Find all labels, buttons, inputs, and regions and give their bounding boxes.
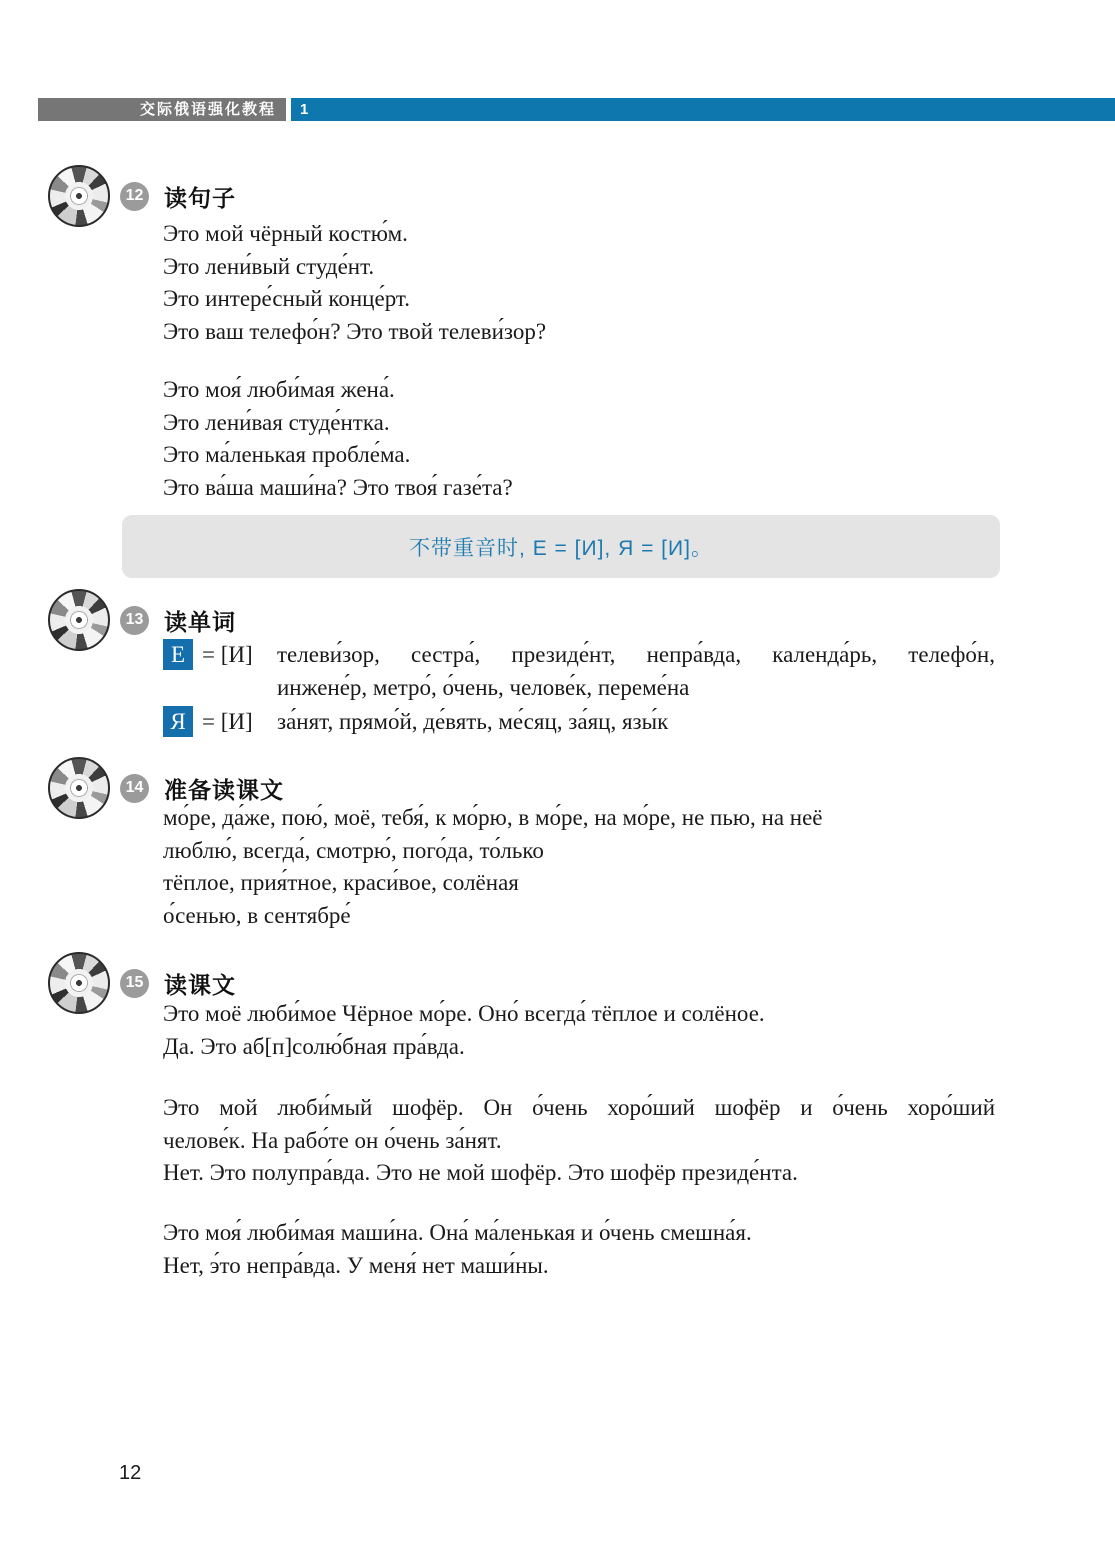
text-line: Нет, э́то непра́вда. У меня́ нет маши́ны…: [163, 1250, 752, 1283]
section-number-badge: 15: [120, 969, 149, 998]
section-12-sentences-feminine: Это моя́ люби́мая жена́. Это лени́вая ст…: [163, 374, 513, 504]
section-number-badge: 13: [120, 606, 149, 635]
cd-audio-icon: [48, 165, 110, 227]
word-list-line: за́нят, прямо́й, де́вять, ме́сяц, за́яц,…: [277, 705, 995, 738]
section-number-badge: 14: [120, 774, 149, 803]
section-15-paragraph-2: Это мой люби́мый шофёр. Он о́чень хоро́ш…: [163, 1092, 995, 1190]
letter-row-ya: Я = [И] за́нят, прямо́й, де́вять, ме́сяц…: [163, 705, 995, 738]
sentence: Это лени́вый студе́нт.: [163, 251, 546, 284]
section-14-word-lines: мо́ре, да́же, пою́, моё, тебя́, к мо́рю,…: [163, 802, 823, 932]
sentence: Это ма́ленькая пробле́ма.: [163, 439, 513, 472]
letter-row-e: Е = [И] телеви́зор, сестра́, президе́нт,…: [163, 638, 995, 704]
pronunciation-note-text: 不带重音时, Е = [И], Я = [И]。: [409, 532, 713, 562]
word-list-line: инжене́р, метро́, о́чень, челове́к, пере…: [277, 671, 995, 704]
section-title: 准备读课文: [164, 772, 284, 805]
word-list-line: телеви́зор, сестра́, президе́нт, непра́в…: [277, 638, 995, 671]
sentence: Это мой чёрный костю́м.: [163, 218, 546, 251]
sentence: Это моя́ люби́мая жена́.: [163, 374, 513, 407]
textbook-page: { "header": { "title": "交际俄语强化教程", "volu…: [0, 0, 1115, 1556]
section-15-paragraph-1: Это моё люби́мое Чёрное мо́ре. Оно́ всег…: [163, 998, 765, 1063]
text-line: челове́к. На рабо́те он о́чень за́нят.: [163, 1125, 995, 1158]
word-line: тёплое, прия́тное, краси́вое, солёная: [163, 867, 823, 900]
text-line: Это моё люби́мое Чёрное мо́ре. Оно́ всег…: [163, 998, 765, 1031]
sentence: Это ваш телефо́н? Это твой телеви́зор?: [163, 316, 546, 349]
equals-phoneme: = [И]: [202, 705, 253, 738]
page-header-bar: 交际俄语强化教程 1: [38, 98, 1115, 121]
equals-phoneme: = [И]: [202, 638, 253, 671]
page-number: 12: [119, 1462, 141, 1485]
cd-audio-icon: [48, 757, 110, 819]
letter-box: Е: [163, 639, 193, 670]
text-line: Это мой люби́мый шофёр. Он о́чень хоро́ш…: [163, 1092, 995, 1125]
word-line: мо́ре, да́же, пою́, моё, тебя́, к мо́рю,…: [163, 802, 823, 835]
word-line: о́сенью, в сентябре́: [163, 900, 823, 933]
section-12-sentences-masculine: Это мой чёрный костю́м. Это лени́вый сту…: [163, 218, 546, 348]
pronunciation-note-box: 不带重音时, Е = [И], Я = [И]。: [122, 515, 1000, 578]
letter-label: Е = [И]: [163, 638, 277, 671]
sentence: Это интере́сный конце́рт.: [163, 283, 546, 316]
section-title: 读单词: [164, 604, 236, 637]
text-line: Да. Это аб[п]солю́бная пра́вда.: [163, 1031, 765, 1064]
cd-audio-icon: [48, 952, 110, 1014]
section-title: 读课文: [164, 967, 236, 1000]
book-title: 交际俄语强化教程: [38, 98, 286, 121]
section-13-word-rows: Е = [И] телеви́зор, сестра́, президе́нт,…: [163, 638, 995, 738]
sentence: Это лени́вая студе́нтка.: [163, 407, 513, 440]
volume-number: 1: [291, 98, 1115, 121]
section-title: 读句子: [164, 180, 236, 213]
text-line: Нет. Это полупра́вда. Это не мой шофёр. …: [163, 1157, 995, 1190]
word-list: за́нят, прямо́й, де́вять, ме́сяц, за́яц,…: [277, 705, 995, 738]
word-line: люблю́, всегда́, смотрю́, пого́да, то́ль…: [163, 835, 823, 868]
letter-label: Я = [И]: [163, 705, 277, 738]
letter-box: Я: [163, 706, 193, 737]
cd-audio-icon: [48, 589, 110, 651]
word-list: телеви́зор, сестра́, президе́нт, непра́в…: [277, 638, 995, 704]
section-number-badge: 12: [120, 182, 149, 211]
text-line: Это моя́ люби́мая маши́на. Она́ ма́леньк…: [163, 1217, 752, 1250]
section-15-paragraph-3: Это моя́ люби́мая маши́на. Она́ ма́леньк…: [163, 1217, 752, 1282]
sentence: Это ва́ша маши́на? Это твоя́ газе́та?: [163, 472, 513, 505]
